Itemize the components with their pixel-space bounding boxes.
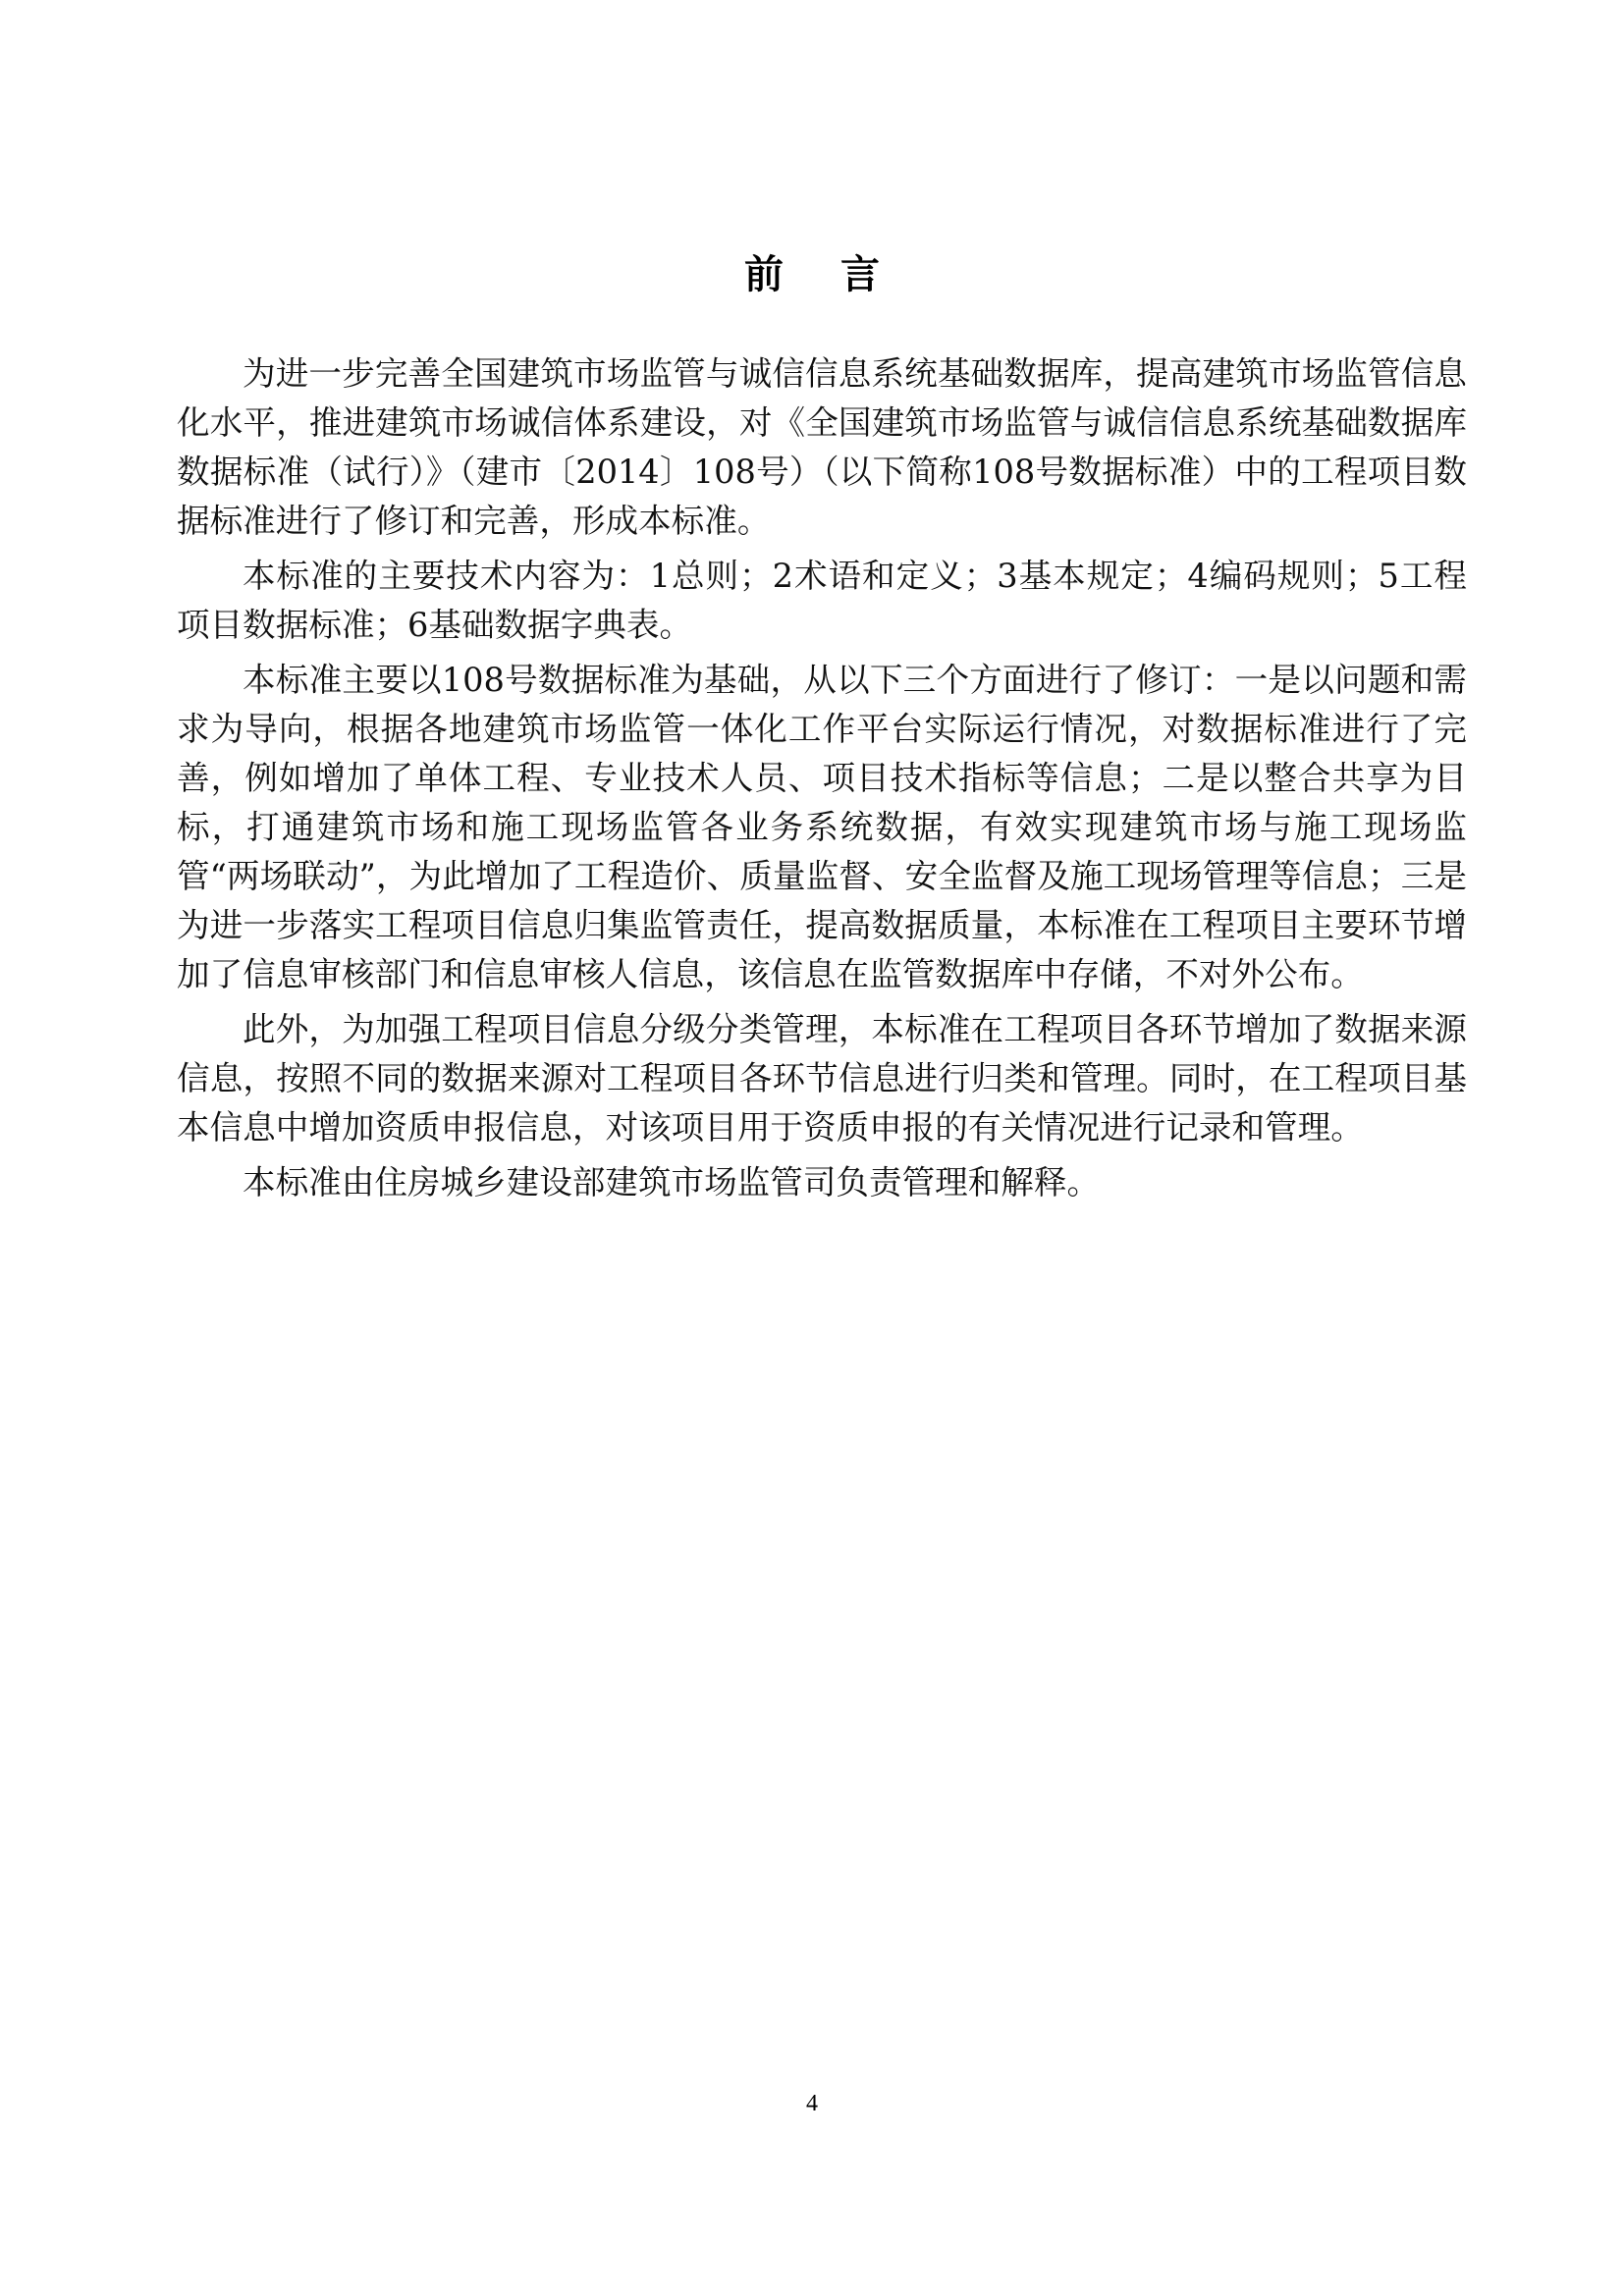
paragraph-purpose: 为进一步完善全国建筑市场监管与诚信信息系统基础数据库，提高建筑市场监管信息化水平… xyxy=(177,349,1467,546)
paragraph-management: 本标准由住房城乡建设部建筑市场监管司负责管理和解释。 xyxy=(177,1158,1467,1207)
document-body: 为进一步完善全国建筑市场监管与诚信信息系统基础数据库，提高建筑市场监管信息化水平… xyxy=(177,349,1467,1213)
paragraph-additional: 此外，为加强工程项目信息分级分类管理，本标准在工程项目各环节增加了数据来源信息，… xyxy=(177,1005,1467,1152)
document-page: 前言 为进一步完善全国建筑市场监管与诚信信息系统基础数据库，提高建筑市场监管信息… xyxy=(0,0,1624,2296)
page-title: 前言 xyxy=(0,247,1624,302)
paragraph-revisions: 本标准主要以108号数据标准为基础，从以下三个方面进行了修订：一是以问题和需求为… xyxy=(177,656,1467,999)
paragraph-contents: 本标准的主要技术内容为：1总则；2术语和定义；3基本规定；4编码规则；5工程项目… xyxy=(177,552,1467,650)
page-number: 4 xyxy=(0,2089,1624,2118)
